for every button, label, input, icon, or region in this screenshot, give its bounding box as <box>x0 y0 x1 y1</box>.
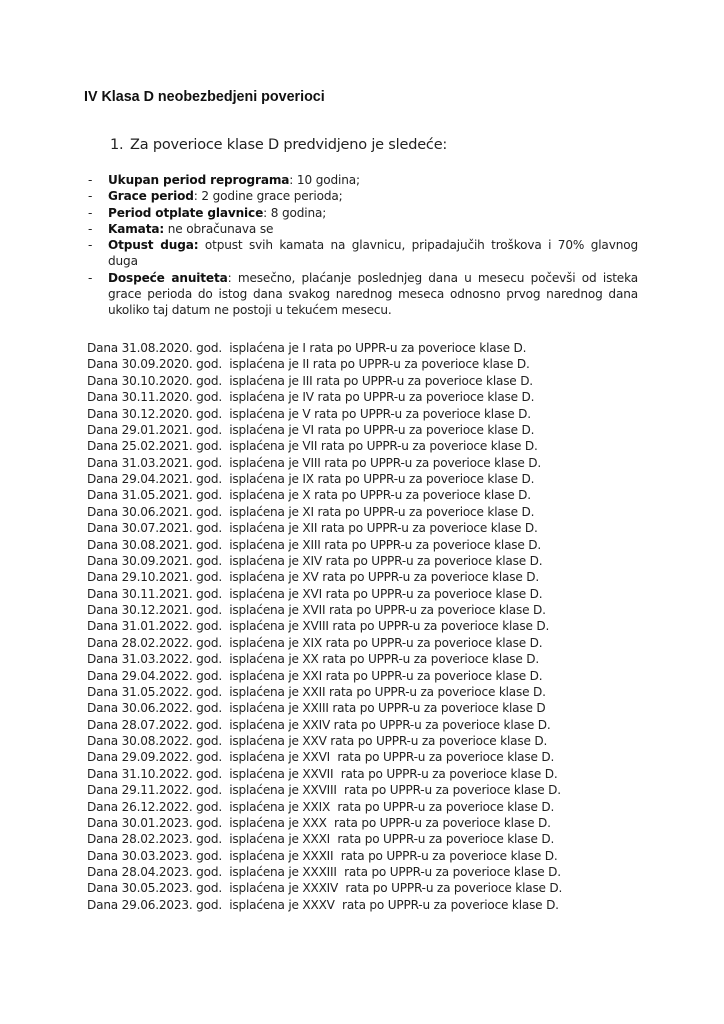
payment-line: Dana 29.06.2023. god. isplaćena je XXXV … <box>87 897 562 913</box>
payments-list: Dana 31.08.2020. god. isplaćena je I rat… <box>87 340 562 913</box>
payment-line: Dana 30.08.2021. god. isplaćena je XIII … <box>87 537 562 553</box>
term-item: -Ukupan period reprograma: 10 godina; <box>88 172 638 188</box>
payment-line: Dana 30.10.2020. god. isplaćena je III r… <box>87 373 562 389</box>
payment-line: Dana 30.09.2020. god. isplaćena je II ra… <box>87 356 562 372</box>
terms-list: -Ukupan period reprograma: 10 godina;-Gr… <box>88 172 638 319</box>
numbered-item: 1.Za poverioce klase D predvidjeno je sl… <box>110 137 447 153</box>
payment-line: Dana 28.07.2022. god. isplaćena je XXIV … <box>87 717 562 733</box>
term-label: Ukupan period reprograma <box>108 173 289 187</box>
term-label: Period otplate glavnice <box>108 206 263 220</box>
term-item: -Period otplate glavnice: 8 godina; <box>88 205 638 221</box>
item-title: Za poverioce klase D predvidjeno je sled… <box>130 137 447 153</box>
term-value: : 10 godina; <box>289 173 360 187</box>
payment-line: Dana 30.06.2021. god. isplaćena je XI ra… <box>87 504 562 520</box>
dash-marker: - <box>88 221 92 237</box>
payment-line: Dana 31.08.2020. god. isplaćena je I rat… <box>87 340 562 356</box>
dash-marker: - <box>88 270 92 286</box>
payment-line: Dana 28.02.2023. god. isplaćena je XXXI … <box>87 831 562 847</box>
payment-line: Dana 30.06.2022. god. isplaćena je XXIII… <box>87 700 562 716</box>
payment-line: Dana 30.01.2023. god. isplaćena je XXX r… <box>87 815 562 831</box>
payment-line: Dana 30.05.2023. god. isplaćena je XXXIV… <box>87 880 562 896</box>
term-label: Otpust duga: <box>108 238 198 252</box>
payment-line: Dana 31.01.2022. god. isplaćena je XVIII… <box>87 618 562 634</box>
payment-line: Dana 29.09.2022. god. isplaćena je XXVI … <box>87 749 562 765</box>
payment-line: Dana 28.04.2023. god. isplaćena je XXXII… <box>87 864 562 880</box>
term-item: -Otpust duga: otpust svih kamata na glav… <box>88 237 638 270</box>
payment-line: Dana 30.07.2021. god. isplaćena je XII r… <box>87 520 562 536</box>
payment-line: Dana 31.10.2022. god. isplaćena je XXVII… <box>87 766 562 782</box>
dash-marker: - <box>88 172 92 188</box>
payment-line: Dana 30.11.2021. god. isplaćena je XVI r… <box>87 586 562 602</box>
payment-line: Dana 29.10.2021. god. isplaćena je XV ra… <box>87 569 562 585</box>
payment-line: Dana 25.02.2021. god. isplaćena je VII r… <box>87 438 562 454</box>
payment-line: Dana 29.04.2022. god. isplaćena je XXI r… <box>87 668 562 684</box>
payment-line: Dana 31.05.2021. god. isplaćena je X rat… <box>87 487 562 503</box>
term-label: Dospeće anuiteta <box>108 271 228 285</box>
dash-marker: - <box>88 237 92 253</box>
payment-line: Dana 31.05.2022. god. isplaćena je XXII … <box>87 684 562 700</box>
payment-line: Dana 26.12.2022. god. isplaćena je XXIX … <box>87 799 562 815</box>
term-value: : 2 godine grace perioda; <box>194 189 343 203</box>
term-item: -Dospeće anuiteta: mesečno, plaćanje pos… <box>88 270 638 319</box>
payment-line: Dana 29.01.2021. god. isplaćena je VI ra… <box>87 422 562 438</box>
term-label: Grace period <box>108 189 194 203</box>
document-page: IV Klasa D neobezbedjeni poverioci 1.Za … <box>0 0 724 1024</box>
payment-line: Dana 29.04.2021. god. isplaćena je IX ra… <box>87 471 562 487</box>
item-number: 1. <box>110 137 130 153</box>
payment-line: Dana 28.02.2022. god. isplaćena je XIX r… <box>87 635 562 651</box>
term-value: : 8 godina; <box>263 206 326 220</box>
section-heading: IV Klasa D neobezbedjeni poverioci <box>84 89 325 105</box>
dash-marker: - <box>88 188 92 204</box>
payment-line: Dana 30.11.2020. god. isplaćena je IV ra… <box>87 389 562 405</box>
payment-line: Dana 30.12.2021. god. isplaćena je XVII … <box>87 602 562 618</box>
term-item: -Grace period: 2 godine grace perioda; <box>88 188 638 204</box>
payment-line: Dana 31.03.2022. god. isplaćena je XX ra… <box>87 651 562 667</box>
payment-line: Dana 30.12.2020. god. isplaćena je V rat… <box>87 406 562 422</box>
payment-line: Dana 30.08.2022. god. isplaćena je XXV r… <box>87 733 562 749</box>
term-value: ne obračunava se <box>164 222 273 236</box>
term-label: Kamata: <box>108 222 164 236</box>
dash-marker: - <box>88 205 92 221</box>
payment-line: Dana 29.11.2022. god. isplaćena je XXVII… <box>87 782 562 798</box>
payment-line: Dana 30.09.2021. god. isplaćena je XIV r… <box>87 553 562 569</box>
term-item: -Kamata: ne obračunava se <box>88 221 638 237</box>
payment-line: Dana 30.03.2023. god. isplaćena je XXXII… <box>87 848 562 864</box>
payment-line: Dana 31.03.2021. god. isplaćena je VIII … <box>87 455 562 471</box>
